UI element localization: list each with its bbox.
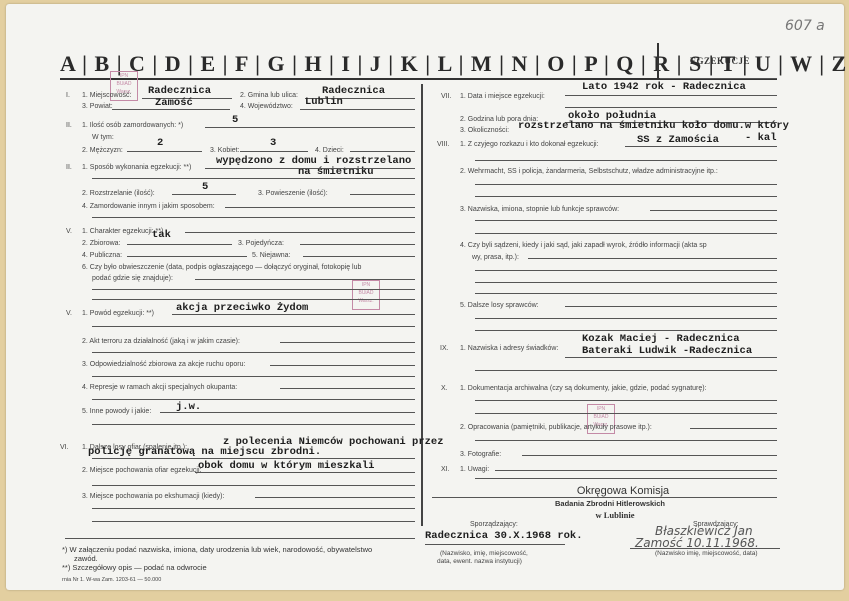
field-line [172,314,415,315]
field-line [303,256,415,257]
field-line [650,210,777,211]
field-label: 1. Sposób wykonania egzekucji: **) [82,164,191,171]
field-line [475,293,777,294]
field-line [475,196,777,197]
witness-value[interactable]: Kozak Maciej - Radecznica [582,333,740,345]
field-line [205,168,415,169]
field-label: 1. Z czyjego rozkazu i kto dokonał egzek… [460,141,599,148]
field-line [475,318,777,319]
field-label: 2. Gmina lub ulica: [240,92,298,99]
women-count-value[interactable]: 3 [270,137,276,149]
county-value[interactable]: Zamość [155,97,193,109]
victims-fate-value-cont[interactable]: policję granatową na miejscu zbrodni. [88,446,321,458]
field-line [495,470,777,471]
compiler-label: Sporządzający: [470,521,518,528]
shot-count-value[interactable]: 5 [202,181,208,193]
field-label: 4. Zamordowanie innym i jakim sposobem: [82,203,215,210]
field-label: 4. Województwo: [240,103,293,110]
field-line [92,508,415,509]
field-line [565,306,777,307]
compiler-value[interactable]: Radecznica 30.X.1968 rok. [425,530,583,542]
archive-reference: 607 a [785,18,825,34]
field-line [625,146,777,147]
alphabet-end-bar [657,43,659,79]
form-title: EGZEKUCJE [690,56,750,66]
field-label: 2. Rozstrzelanie (ilość): [82,190,155,197]
footnote: zawód. [74,554,98,563]
field-label: 2. Mężczyzn: [82,147,123,154]
commission-stamp-line: w Lublinie [555,510,675,520]
field-line [270,365,415,366]
field-label: 3. Powiat: [82,103,113,110]
field-line [195,279,415,280]
date-place-value[interactable]: Lato 1942 rok - Radecznica [582,81,746,93]
voivodeship-value[interactable]: Lublin [305,96,343,108]
field-line [127,244,232,245]
field-line [92,399,415,400]
stamp-text: BUiAD [353,289,379,297]
section-roman: VIII. [437,141,449,148]
field-line [475,160,777,161]
field-line [92,424,415,425]
field-label: W tym: [92,134,114,141]
field-line [160,412,415,413]
men-count-value[interactable]: 2 [157,137,163,149]
field-line [92,289,415,290]
field-line [565,357,777,358]
field-line [475,233,777,234]
compiler-caption: data, ewent. nazwa instytucji) [437,558,522,565]
field-label: 4. Dzieci: [315,147,344,154]
field-label: 5. Inne powody i jakie: [82,408,151,415]
field-label: 1. Powód egzekucji: **) [82,310,154,317]
field-label: 2. Akt terroru za działalność (jaką i w … [82,338,240,345]
field-line [300,244,415,245]
verifier-caption: (Nazwisko imię, miejscowość, data) [655,550,758,557]
field-label: 3. Nazwiska, imiona, stopnie lub funkcje… [460,206,619,213]
column-divider [421,84,423,526]
field-label: 4. Czy byli sądzeni, kiedy i jaki sąd, j… [460,242,707,249]
field-line [528,258,777,259]
footnote: **) Szczegółowy opis — podać na odwrocie [62,563,207,572]
field-line [690,428,777,429]
field-line [65,538,415,539]
field-line [240,151,308,152]
title-underline [660,78,777,79]
section-roman: V. [66,228,72,235]
field-label: 5. Dalsze losy sprawców: [460,302,539,309]
commission-stamp-line: Badania Zbrodni Hitlerowskich [535,499,685,508]
field-line [205,127,415,128]
field-line [475,330,777,331]
field-line [255,497,415,498]
printer-note: rnia Nr 1. W-wa Zam. 1203-61 — 50.000 [62,577,161,583]
signature-line [630,548,780,549]
field-line [92,352,415,353]
field-line [432,497,777,498]
field-line [172,194,236,195]
field-label: 4. Publiczna: [82,252,122,259]
field-line [195,472,415,473]
field-line [280,388,415,389]
field-line [127,256,247,257]
field-label: 3. Okoliczności: [460,127,509,134]
section-roman: VI. [60,444,69,451]
field-line [475,220,777,221]
stamp-text: BUiAD [588,413,614,421]
circumstances-value-cont[interactable]: - kal [745,132,777,144]
witness-value[interactable]: Bateraki Ludwik -Radecznica [582,345,752,357]
field-line [127,151,202,152]
field-line [565,107,777,108]
field-label: 1. Dokumentacja archiwalna (czy są dokum… [460,385,707,392]
field-line [475,400,777,401]
commission-stamp-line: Okręgowa Komisja [548,485,698,497]
field-line [475,440,777,441]
field-label: 1. Miejscowość: [82,92,131,99]
field-line [185,232,415,233]
field-label: wy, prasa, itp.): [472,254,519,261]
field-label: 6. Czy było obwieszczenie (data, podpis … [82,264,361,271]
field-line [350,194,415,195]
field-label: 2. Zbiorowa: [82,240,121,247]
stamp-text: IPN [111,72,137,80]
field-line [112,109,230,110]
footnote: *) W załączeniu podać nazwiska, imiona, … [62,545,372,554]
reason-value[interactable]: akcja przeciwko Żydom [176,302,308,314]
section-roman: VII. [441,93,452,100]
collective-value[interactable]: tak [152,229,171,241]
field-line [522,455,777,456]
field-line [92,521,415,522]
section-roman: I. [66,92,70,99]
field-label: 5. Niejawna: [252,252,291,259]
section-roman: II. [66,122,72,129]
field-line [92,178,415,179]
stamp-text: IPN [353,281,379,289]
field-label: 3. Powieszenie (ilość): [258,190,328,197]
field-label: 2. Miejsce pochowania ofiar egzekucji: [82,467,201,474]
field-line [92,299,415,300]
field-label: 4. Represje w ramach akcji specjalnych o… [82,384,237,391]
section-roman: IX. [440,345,449,352]
field-line [475,478,777,479]
field-label: 1. Ilość osób zamordowanych: *) [82,122,183,129]
field-line [300,109,415,110]
field-label: 3. Odpowiedzialność zbiorowa za akcje ru… [82,361,245,368]
field-label: 3. Miejsce pochowania po ekshumacji (kie… [82,493,224,500]
field-line [475,282,777,283]
ipn-stamp: IPN BUiAD Warsz. [352,280,380,310]
field-label: 1. Nazwiska i adresy świadków: [460,345,558,352]
field-line [92,485,415,486]
compiler-caption: (Nazwisko, imię, miejscowość, [440,550,528,557]
field-label: 3. Fotografie: [460,451,501,458]
section-roman: V. [66,310,72,317]
field-line [475,184,777,185]
signature-line [425,544,565,545]
field-line [475,270,777,271]
field-label: 3. Kobiet: [210,147,240,154]
stamp-text: IPN [588,405,614,413]
field-line [280,342,415,343]
field-label: 1. Data i miejsce egzekucji: [460,93,545,100]
stamp-text: BUiAD [111,80,137,88]
field-line [475,413,777,414]
circumstances-value[interactable]: rozstrzelano na śmietniku koło domu.w kt… [518,120,789,132]
field-label: 1. Uwagi: [460,466,489,473]
field-label: 3. Pojedyńcza: [238,240,284,247]
field-line [350,151,415,152]
field-label: 2. Opracowania (pamiętniki, publikacje, … [460,424,652,431]
field-line [475,370,777,371]
locality-value[interactable]: Radecznica [148,85,211,97]
perpetrator-value[interactable]: SS z Zamościa [637,134,719,146]
field-line [92,376,415,377]
field-line [565,95,777,96]
field-label: podać gdzie się znajduje): [92,275,173,282]
field-line [92,458,415,459]
field-label: 2. Wehrmacht, SS i policja, żandarmeria,… [460,168,718,175]
field-line [92,217,415,218]
burial-place-value[interactable]: obok domu w którym mieszkali [198,460,374,472]
section-roman: X. [441,385,448,392]
field-line [92,326,415,327]
victims-count-value[interactable]: 5 [232,114,238,126]
field-line [225,207,415,208]
section-roman: XI. [441,466,450,473]
section-roman: II. [66,164,72,171]
